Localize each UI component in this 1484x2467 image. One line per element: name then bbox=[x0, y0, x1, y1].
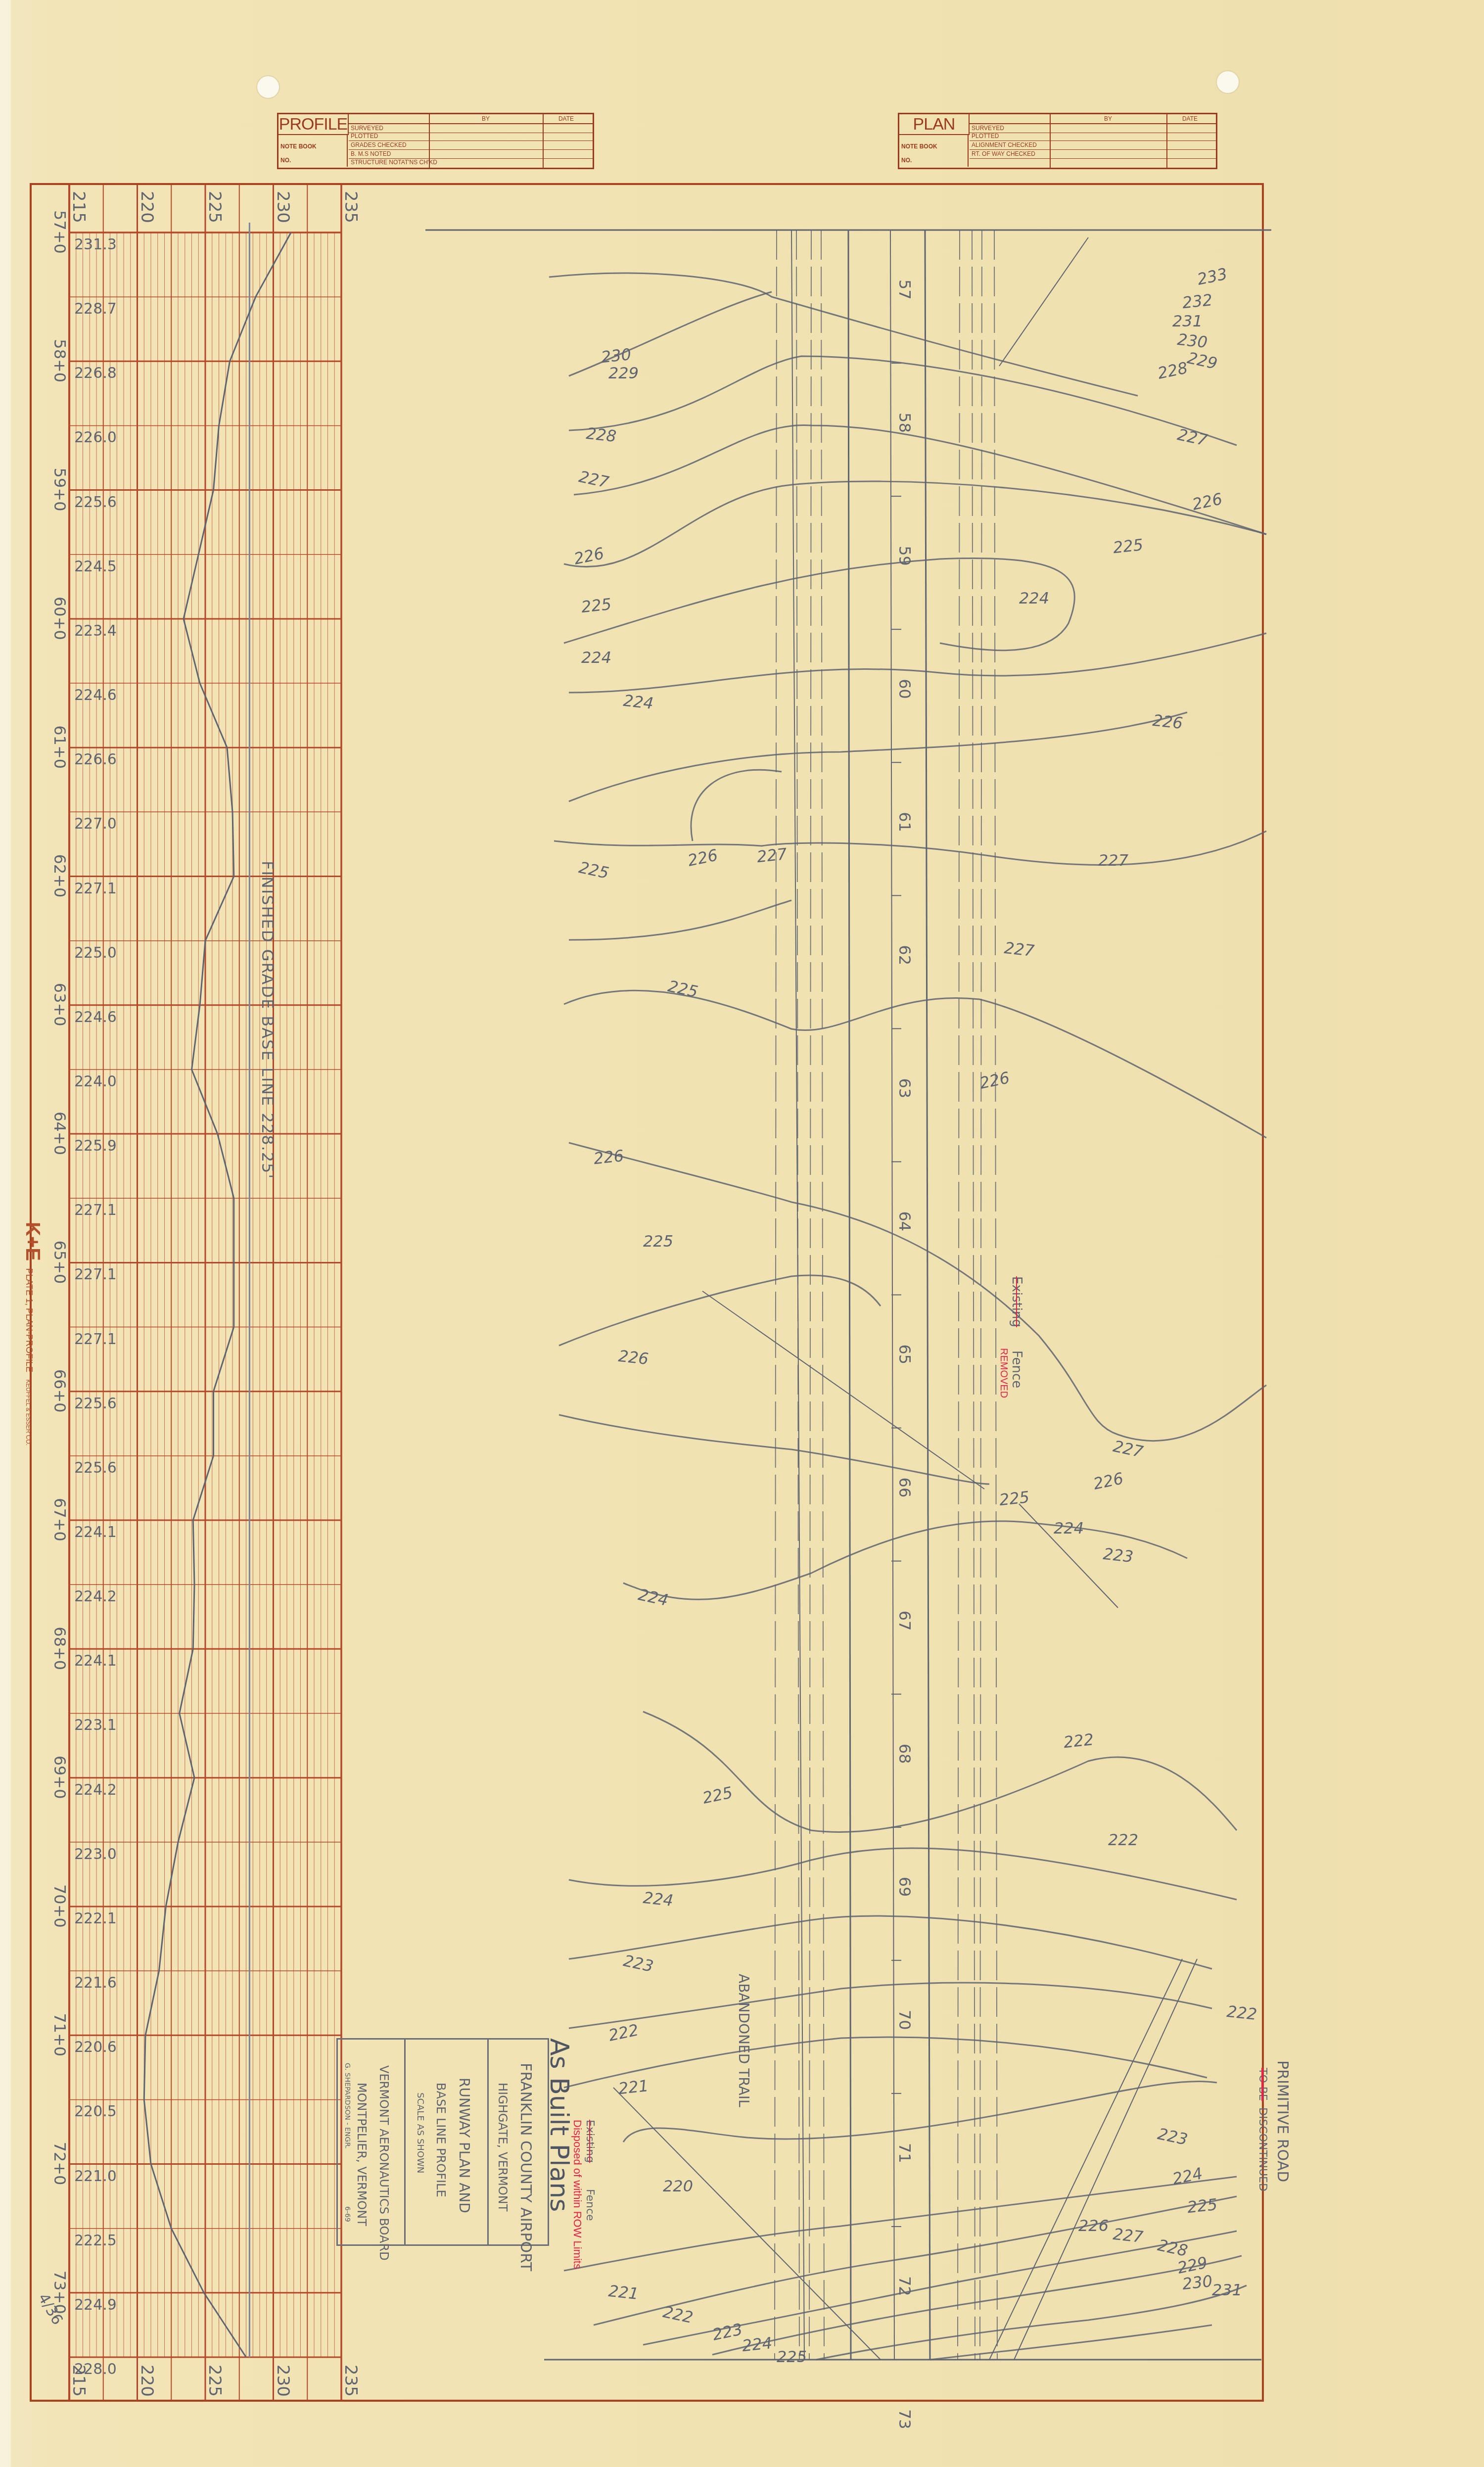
svg-text:226.6: 226.6 bbox=[74, 751, 117, 768]
project-name: FRANKLIN COUNTY AIRPORT bbox=[517, 2063, 534, 2271]
svg-text:220: 220 bbox=[137, 191, 157, 223]
agency-location: MONTPELIER, VERMONT bbox=[355, 2083, 369, 2226]
svg-text:220.5: 220.5 bbox=[74, 2103, 117, 2120]
svg-text:71+0: 71+0 bbox=[50, 2013, 69, 2056]
svg-text:57: 57 bbox=[895, 279, 914, 300]
engineer: G. SHEPARDSON - ENGR. bbox=[343, 2063, 351, 2149]
svg-text:58+0: 58+0 bbox=[50, 339, 69, 382]
svg-text:224.1: 224.1 bbox=[74, 1524, 117, 1541]
contour-label: 226 bbox=[593, 1146, 625, 1168]
abandoned-trail-label: ABANDONED TRAIL bbox=[736, 1974, 752, 2107]
svg-text:69+0: 69+0 bbox=[50, 1756, 69, 1799]
contour-label: 225 bbox=[580, 595, 612, 616]
svg-text:71: 71 bbox=[895, 2143, 914, 2163]
scale-note: SCALE AS SHOWN bbox=[415, 2093, 425, 2173]
contour-label: 232 bbox=[1181, 290, 1213, 312]
svg-text:65: 65 bbox=[895, 1345, 914, 1365]
project-location: HIGHGATE, VERMONT bbox=[496, 2083, 510, 2211]
svg-text:225.6: 225.6 bbox=[74, 494, 117, 511]
contour-label: 230 bbox=[1181, 2272, 1213, 2293]
contour-label: 225 bbox=[998, 1488, 1030, 1509]
svg-text:60+0: 60+0 bbox=[50, 597, 69, 640]
contour-label: 224 bbox=[1019, 589, 1049, 607]
contour-label: 224 bbox=[642, 1888, 674, 1910]
contour-label: 225 bbox=[1112, 535, 1144, 557]
contour-label: 229 bbox=[608, 364, 639, 382]
svg-text:228.7: 228.7 bbox=[74, 300, 117, 318]
svg-text:59+0: 59+0 bbox=[50, 468, 69, 512]
svg-text:58: 58 bbox=[895, 413, 914, 433]
svg-text:215: 215 bbox=[69, 191, 89, 223]
svg-text:60: 60 bbox=[895, 679, 914, 699]
publisher-mark: K+E PLATE 1, PLAN-PROFILE KEUFFEL & ESSE… bbox=[21, 1222, 44, 1445]
contour-label: 222 bbox=[1226, 2002, 1258, 2024]
svg-text:230: 230 bbox=[273, 2365, 293, 2397]
contour-label: 222 bbox=[1063, 1730, 1095, 1752]
svg-text:70+0: 70+0 bbox=[50, 1884, 69, 1928]
publisher-plate: PLATE 1, PLAN-PROFILE bbox=[24, 1268, 34, 1372]
primitive-road-label: PRIMITIVE ROAD bbox=[1274, 2060, 1291, 2182]
fence-removed-note: REMOVED bbox=[998, 1348, 1009, 1398]
contour-label: 227 bbox=[1098, 851, 1128, 870]
svg-text:66+0: 66+0 bbox=[50, 1369, 69, 1413]
svg-text:69: 69 bbox=[895, 1877, 914, 1897]
contour-label: 227 bbox=[756, 844, 788, 866]
svg-text:224.9: 224.9 bbox=[74, 2296, 117, 2314]
svg-text:224.2: 224.2 bbox=[74, 1781, 117, 1799]
svg-text:226.8: 226.8 bbox=[74, 365, 117, 382]
svg-text:227.1: 227.1 bbox=[74, 1202, 117, 1219]
contour-label: 231 bbox=[1172, 312, 1203, 330]
drawing-title-line1: RUNWAY PLAN AND bbox=[456, 2078, 472, 2213]
fence-existing-struck: Existing bbox=[1009, 1276, 1024, 1327]
svg-text:228.0: 228.0 bbox=[74, 2361, 117, 2378]
svg-text:227.1: 227.1 bbox=[74, 1331, 117, 1348]
publisher-name: KEUFFEL & ESSER CO. bbox=[25, 1380, 32, 1446]
svg-text:63: 63 bbox=[895, 1078, 914, 1098]
svg-text:225: 225 bbox=[205, 2365, 225, 2397]
svg-text:64+0: 64+0 bbox=[50, 1112, 69, 1155]
svg-text:226.0: 226.0 bbox=[74, 429, 117, 446]
svg-text:231.3: 231.3 bbox=[74, 236, 117, 253]
contour-label: 231 bbox=[1212, 2281, 1242, 2299]
svg-text:62: 62 bbox=[895, 945, 914, 965]
svg-text:64: 64 bbox=[895, 1211, 914, 1231]
agency-name: VERMONT AERONAUTICS BOARD bbox=[377, 2065, 391, 2261]
fence-label-top: Fence bbox=[1009, 1350, 1024, 1388]
contour-label: 225 bbox=[643, 1232, 673, 1251]
contour-label: 228 bbox=[585, 424, 617, 446]
contour-label: 226 bbox=[617, 1347, 649, 1368]
svg-text:221.6: 221.6 bbox=[74, 1974, 117, 1992]
svg-text:222.1: 222.1 bbox=[74, 1910, 117, 1927]
fence-existing-struck-bottom: Existing bbox=[584, 2120, 596, 2163]
svg-text:68+0: 68+0 bbox=[50, 1627, 69, 1670]
contour-label: 221 bbox=[607, 2281, 640, 2303]
contour-label: 227 bbox=[1003, 938, 1035, 960]
svg-text:223.1: 223.1 bbox=[74, 1717, 117, 1734]
svg-text:227.1: 227.1 bbox=[74, 1266, 117, 1283]
svg-text:61: 61 bbox=[895, 812, 914, 832]
svg-text:73: 73 bbox=[895, 2409, 914, 2429]
svg-text:220.6: 220.6 bbox=[74, 2039, 117, 2056]
road-to-be-struck: TO BE bbox=[1256, 2068, 1269, 2101]
svg-text:224.2: 224.2 bbox=[74, 1588, 117, 1605]
svg-text:68: 68 bbox=[895, 1744, 914, 1764]
contour-label: 224 bbox=[1054, 1519, 1084, 1537]
contour-label: 226 bbox=[1152, 711, 1184, 733]
svg-text:220: 220 bbox=[137, 2365, 157, 2397]
svg-text:70: 70 bbox=[895, 2010, 914, 2030]
contour-label: 224 bbox=[741, 2333, 773, 2355]
contour-label: 225 bbox=[777, 2347, 807, 2366]
svg-text:225.9: 225.9 bbox=[74, 1137, 117, 1155]
svg-text:224.6: 224.6 bbox=[74, 687, 117, 704]
svg-text:230: 230 bbox=[273, 191, 293, 223]
svg-text:72+0: 72+0 bbox=[50, 2142, 69, 2186]
road-discontinued-label: DISCONTINUED bbox=[1256, 2107, 1269, 2191]
svg-text:57+0: 57+0 bbox=[50, 210, 69, 254]
svg-text:235: 235 bbox=[341, 191, 361, 223]
svg-text:225: 225 bbox=[205, 191, 225, 223]
svg-text:222.5: 222.5 bbox=[74, 2232, 117, 2249]
contour-label: 222 bbox=[1108, 1830, 1138, 1849]
ke-logo: K+E bbox=[22, 1222, 44, 1261]
svg-text:224.6: 224.6 bbox=[74, 1009, 117, 1026]
svg-text:221.0: 221.0 bbox=[74, 2168, 117, 2185]
contour-label: 221 bbox=[617, 2076, 649, 2098]
contour-label: 225 bbox=[1186, 2195, 1218, 2217]
fence-label-bottom: Fence bbox=[584, 2189, 596, 2221]
svg-text:224.5: 224.5 bbox=[74, 558, 117, 575]
svg-text:235: 235 bbox=[341, 2365, 361, 2397]
contour-label: 224 bbox=[581, 648, 611, 667]
svg-text:66: 66 bbox=[895, 1478, 914, 1498]
drawing-title-line2: BASE LINE PROFILE bbox=[434, 2083, 448, 2197]
svg-text:227.1: 227.1 bbox=[74, 880, 117, 897]
svg-text:67: 67 bbox=[895, 1611, 914, 1631]
svg-text:61+0: 61+0 bbox=[50, 725, 69, 769]
as-built-stamp: As Built Plans bbox=[544, 2038, 574, 2212]
svg-text:225.6: 225.6 bbox=[74, 1459, 117, 1477]
contour-label: 227 bbox=[1112, 2225, 1144, 2246]
svg-text:223.4: 223.4 bbox=[74, 622, 117, 640]
contour-label: 220 bbox=[663, 2177, 693, 2195]
contour-label: 224 bbox=[622, 691, 654, 713]
fence-disposed-note: Disposed of within ROW Limits bbox=[571, 2120, 584, 2269]
svg-text:227.0: 227.0 bbox=[74, 815, 117, 833]
drawing-date: 6-69 bbox=[343, 2206, 351, 2222]
contour-label: 223 bbox=[1102, 1544, 1134, 1566]
svg-text:224.1: 224.1 bbox=[74, 1652, 117, 1670]
finished-grade-annotation: FINISHED GRADE BASE LINE 228.25' bbox=[258, 861, 277, 1179]
svg-text:225.6: 225.6 bbox=[74, 1395, 117, 1412]
svg-text:223.0: 223.0 bbox=[74, 1846, 117, 1863]
svg-text:63+0: 63+0 bbox=[50, 983, 69, 1026]
svg-text:62+0: 62+0 bbox=[50, 854, 69, 898]
svg-text:65+0: 65+0 bbox=[50, 1240, 69, 1284]
contour-label: 226 bbox=[1078, 2216, 1109, 2235]
svg-text:225.0: 225.0 bbox=[74, 944, 117, 962]
svg-text:67+0: 67+0 bbox=[50, 1498, 69, 1541]
svg-text:224.0: 224.0 bbox=[74, 1073, 117, 1090]
